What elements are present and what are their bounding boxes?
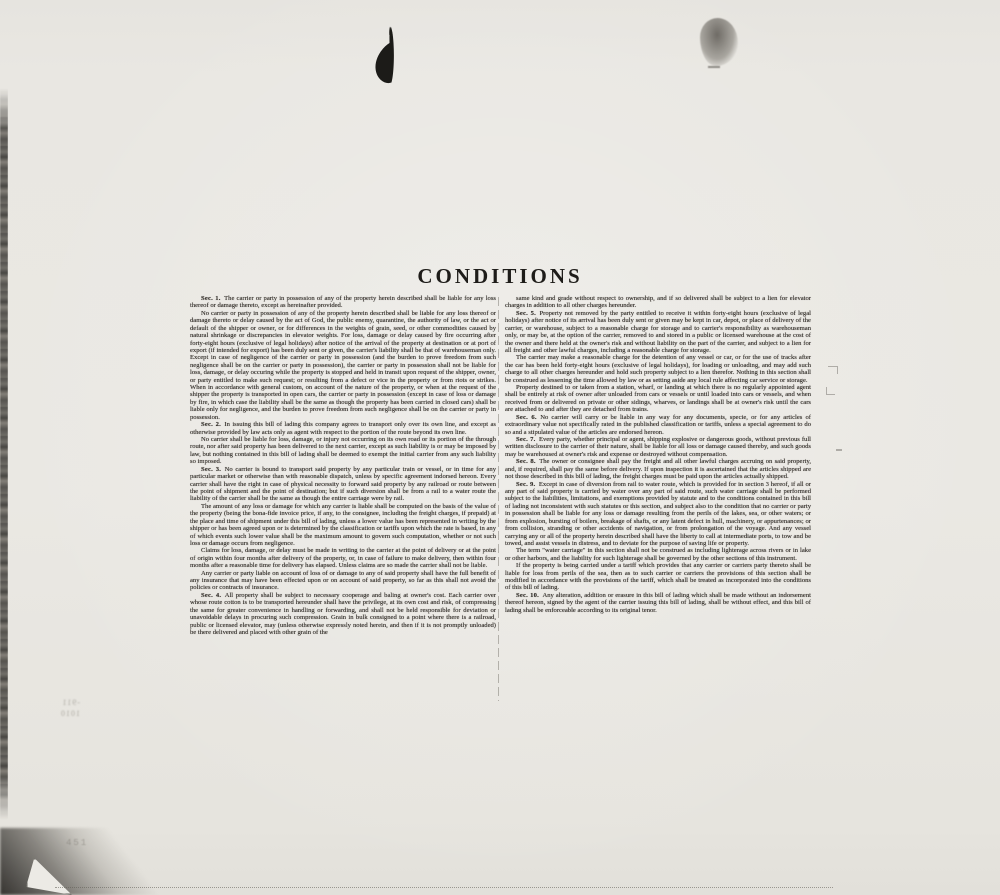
paragraph: Sec. 6. No carrier will carry or be liab…	[505, 414, 811, 436]
right-column: same kind and grade without respect to o…	[505, 295, 811, 636]
paragraph: The carrier may make a reasonable charge…	[505, 354, 811, 384]
section-label: Sec. 10.	[516, 592, 542, 599]
pencil-margin-mark	[836, 449, 842, 451]
conditions-title: CONDITIONS	[0, 264, 1000, 289]
pencil-margin-mark	[826, 387, 835, 395]
section-label: Sec. 6.	[516, 414, 540, 421]
paragraph: Any carrier or party liable on account o…	[190, 570, 496, 592]
paragraph: same kind and grade without respect to o…	[505, 295, 811, 310]
paragraph: No carrier or party in possession of any…	[190, 310, 496, 421]
pencil-margin-mark	[828, 366, 838, 374]
section-label: Sec. 7.	[516, 436, 539, 443]
smudge-underline-mark	[708, 66, 720, 68]
ink-blot	[372, 26, 404, 93]
scanned-page: CONDITIONS Sec. 1. The carrier or party …	[0, 0, 1000, 895]
paragraph: Sec. 2. In issuing this bill of lading t…	[190, 421, 496, 436]
left-column: Sec. 1. The carrier or party in possessi…	[190, 295, 496, 636]
paragraph: Sec. 7. Every party, whether principal o…	[505, 436, 811, 458]
paragraph: Sec. 8. The owner or consignee shall pay…	[505, 458, 811, 480]
paragraph: Sec. 9. Except in case of diversion from…	[505, 481, 811, 548]
section-label: Sec. 8.	[516, 458, 539, 465]
paragraph: Sec. 10. Any alteration, addition or era…	[505, 592, 811, 614]
paragraph: Sec. 1. The carrier or party in possessi…	[190, 295, 496, 310]
paragraph: If the property is being carried under a…	[505, 562, 811, 592]
paragraph: Sec. 4. All property shall be subject to…	[190, 592, 496, 637]
column-divider	[498, 297, 499, 701]
perforation-line	[55, 887, 833, 888]
paragraph: Claims for loss, damage, or delay must b…	[190, 547, 496, 569]
paragraph: The term "water carriage" in this sectio…	[505, 547, 811, 562]
section-label: Sec. 1.	[201, 295, 224, 302]
paragraph: Sec. 5. Property not removed by the part…	[505, 310, 811, 355]
paragraph: Property destined to or taken from a sta…	[505, 384, 811, 414]
binding-edge	[0, 88, 8, 820]
paragraph: No carrier shall be liable for loss, dam…	[190, 436, 496, 466]
section-label: Sec. 9.	[516, 481, 539, 488]
section-label: Sec. 3.	[201, 466, 225, 473]
section-label: Sec. 2.	[201, 421, 224, 428]
bleed-through-text: -911 1010	[20, 697, 80, 719]
section-label: Sec. 4.	[201, 592, 225, 599]
paragraph: Sec. 3. No carrier is bound to transport…	[190, 466, 496, 503]
smudge-mark	[700, 18, 738, 66]
section-label: Sec. 5.	[516, 310, 539, 317]
paragraph: The amount of any loss or damage for whi…	[190, 503, 496, 548]
bleed-through-number: 451	[66, 838, 88, 848]
conditions-text-block: Sec. 1. The carrier or party in possessi…	[190, 295, 814, 636]
